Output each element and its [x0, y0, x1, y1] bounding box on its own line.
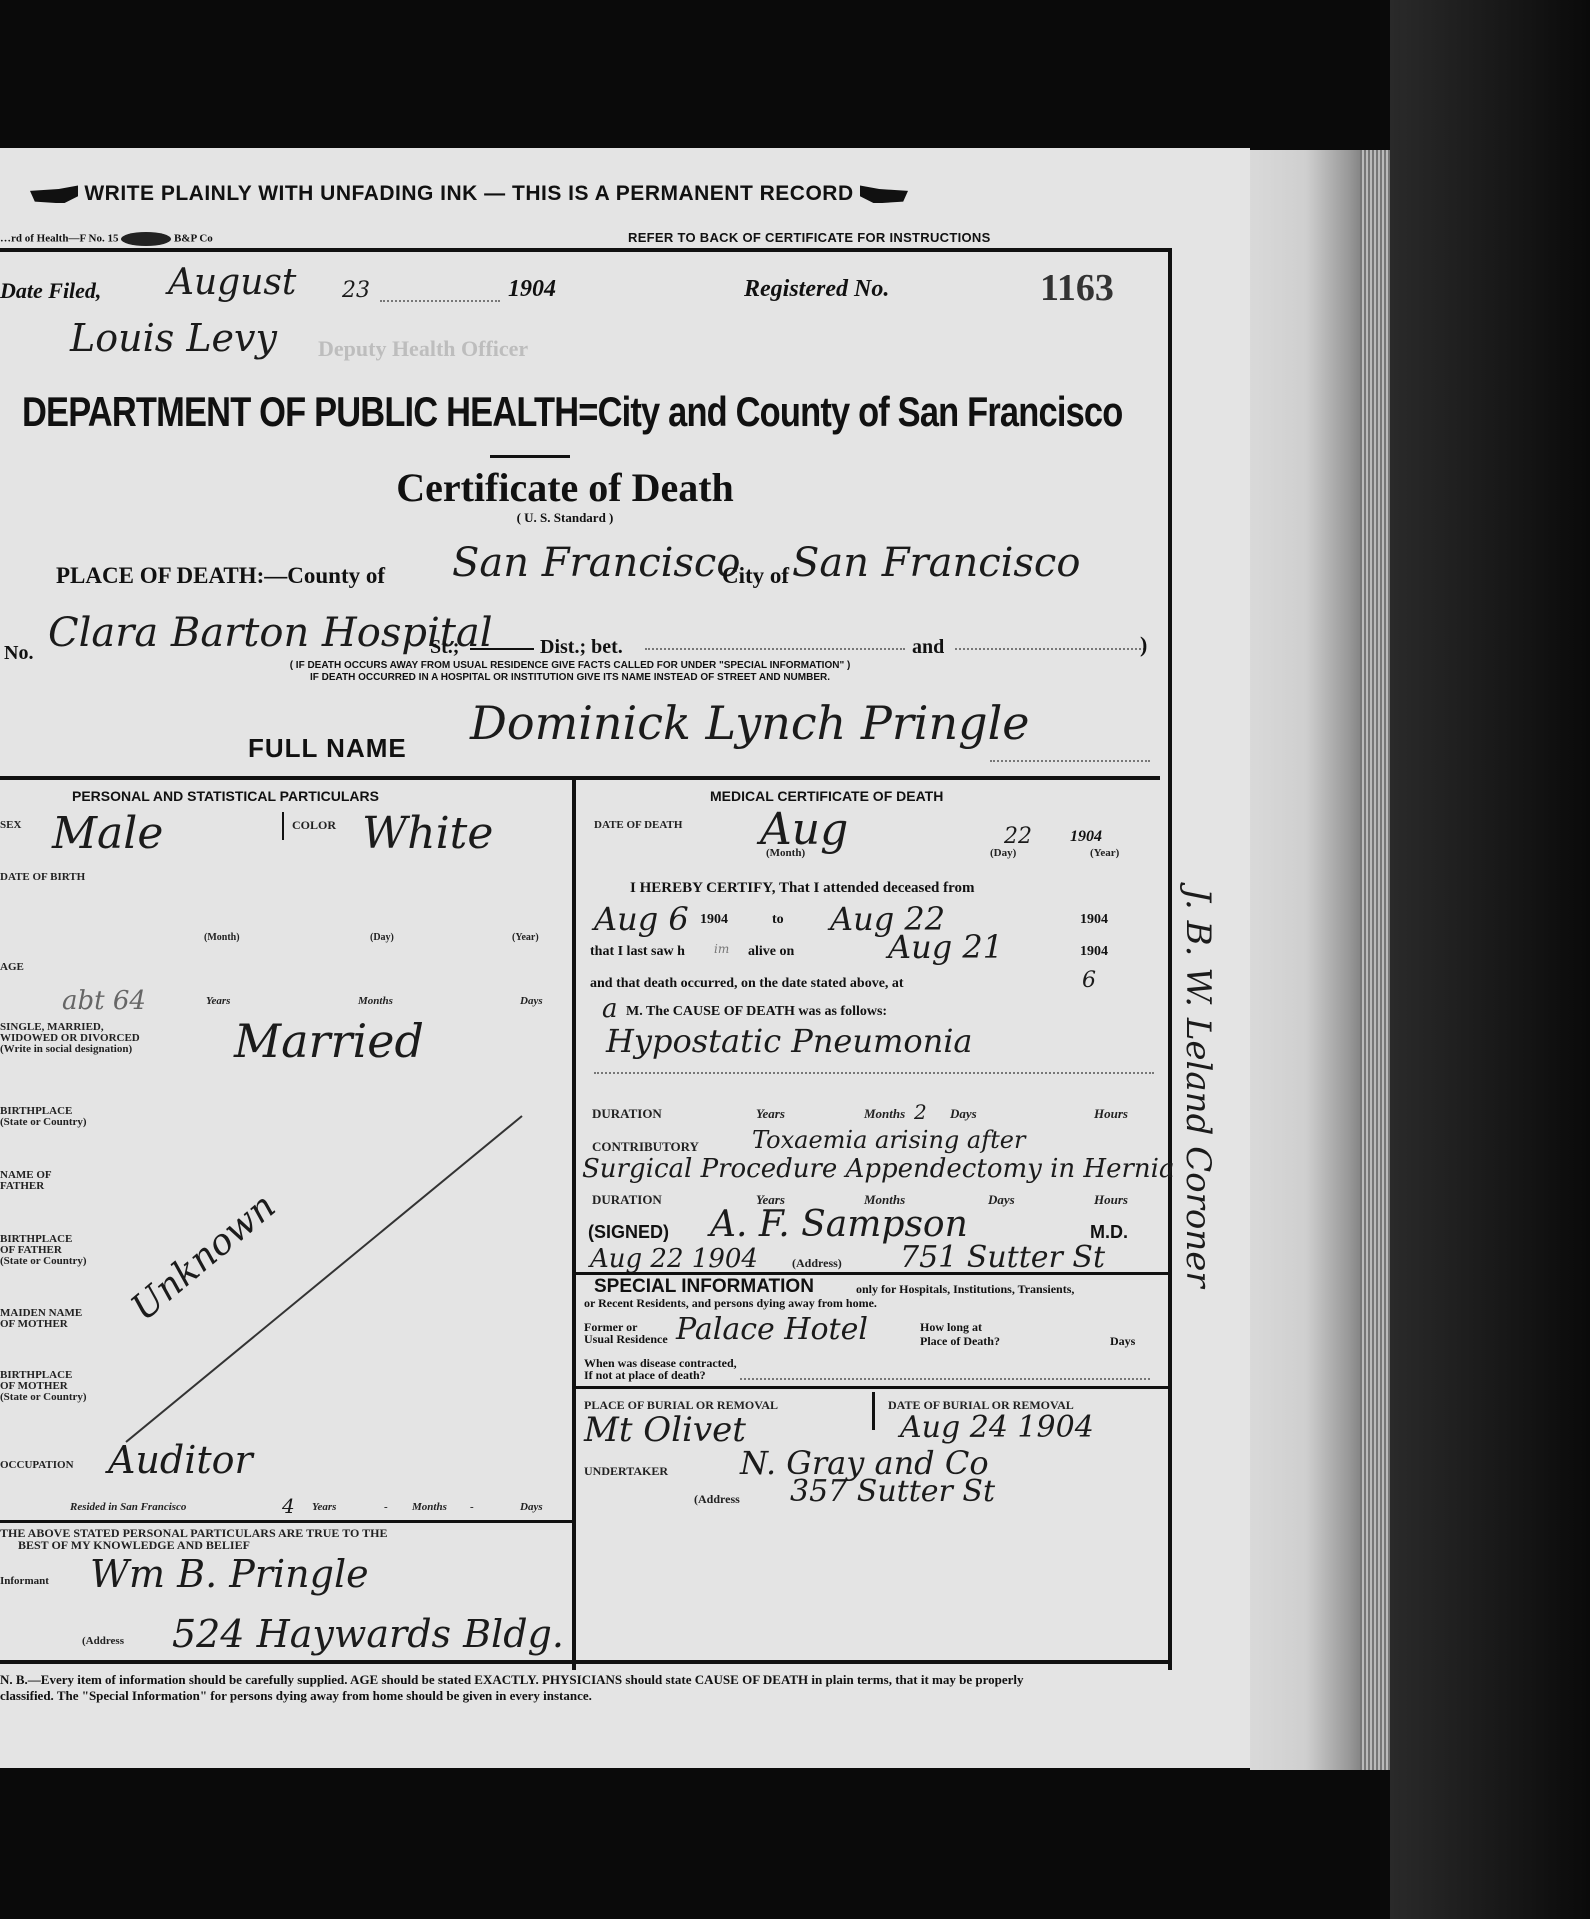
death-time: 6: [1082, 968, 1096, 993]
physician-address: 751 Sutter St: [900, 1240, 1105, 1275]
am-pm: a: [602, 994, 618, 1024]
personal-heading: PERSONAL AND STATISTICAL PARTICULARS: [72, 788, 379, 804]
cause-of-death: Hypostatic Pneumonia: [606, 1022, 973, 1060]
contributory-cause-2: Surgical Procedure Appendectomy in Herni…: [582, 1154, 1174, 1184]
death-day: 22: [1004, 824, 1032, 849]
place-note-1: ( IF DEATH OCCURS AWAY FROM USUAL RESIDE…: [120, 660, 1020, 671]
sex-value: Male: [52, 808, 163, 859]
last-seen-alive: Aug 21: [888, 928, 1003, 966]
undertaker-address: 357 Sutter St: [790, 1474, 995, 1509]
coroner-margin-note: J. B. W. Leland Coroner: [1178, 888, 1218, 1288]
registered-number: 1163: [1040, 266, 1114, 310]
deputy-signature: Louis Levy: [70, 316, 277, 360]
place-note-2: IF DEATH OCCURRED IN A HOSPITAL OR INSTI…: [120, 672, 1020, 683]
signed-date: Aug 22 1904: [590, 1244, 758, 1274]
informant-address: 524 Haywards Bldg.: [172, 1612, 564, 1656]
occupation-value: Auditor: [108, 1438, 253, 1482]
right-border: [1168, 248, 1172, 1670]
medical-heading: MEDICAL CERTIFICATE OF DEATH: [710, 788, 943, 804]
footer-note: N. B.—Every item of information should b…: [0, 1672, 1070, 1704]
pointing-hand-icon: [860, 185, 908, 203]
contributory-cause-1: Toxaemia arising after: [752, 1126, 1025, 1154]
top-rule: [0, 248, 1172, 252]
death-certificate-page: WRITE PLAINLY WITH UNFADING INK — THIS I…: [0, 148, 1250, 1768]
special-heading: SPECIAL INFORMATION: [594, 1276, 814, 1298]
marital-status: Married: [234, 1014, 424, 1068]
death-county: San Francisco: [452, 540, 740, 586]
certificate-title: Certificate of Death: [0, 464, 1130, 511]
paren: ): [1140, 632, 1147, 658]
deputy-title: Deputy Health Officer: [318, 336, 528, 362]
burial-place: Mt Olivet: [584, 1410, 746, 1450]
informant-name: Wm B. Pringle: [90, 1552, 369, 1596]
former-residence: Palace Hotel: [676, 1312, 868, 1347]
physician-signature: A. F. Sampson: [710, 1204, 968, 1245]
decedent-full-name: Dominick Lynch Pringle: [470, 696, 1030, 750]
department-title: DEPARTMENT OF PUBLIC HEALTH=City and Cou…: [22, 388, 949, 436]
column-divider: [572, 780, 576, 1670]
duration-days: 2: [914, 1100, 927, 1124]
death-institution: Clara Barton Hospital: [48, 610, 493, 656]
form-number: …rd of Health—F No. 15 B&P Co: [0, 232, 213, 246]
color-value: White: [362, 808, 493, 859]
us-standard: ( U. S. Standard ): [0, 510, 1130, 526]
attended-from: Aug 6: [594, 900, 689, 938]
burial-date: Aug 24 1904: [900, 1410, 1094, 1445]
date-filed-day: 23: [342, 278, 370, 303]
book-gutter: [1390, 0, 1590, 1919]
bottom-rule: [0, 1660, 1172, 1664]
age-value: abt 64: [62, 986, 146, 1016]
date-filed-month: August: [168, 262, 296, 303]
section-rule: [0, 776, 1160, 780]
page-edges: [1250, 150, 1390, 1770]
date-filed-year: 1904: [508, 276, 556, 303]
filing-row: Date Filed, August 23 1904 Registered No…: [0, 262, 1160, 312]
title-divider: [490, 455, 570, 458]
instructions-note: REFER TO BACK OF CERTIFICATE FOR INSTRUC…: [628, 230, 991, 245]
death-city: San Francisco: [792, 540, 1080, 586]
death-year: 1904: [1070, 828, 1102, 846]
resided-years: 4: [282, 1494, 295, 1518]
ink-notice: WRITE PLAINLY WITH UNFADING INK — THIS I…: [30, 182, 1150, 206]
printer-seal-icon: [121, 232, 171, 246]
pointing-hand-icon: [30, 185, 78, 203]
